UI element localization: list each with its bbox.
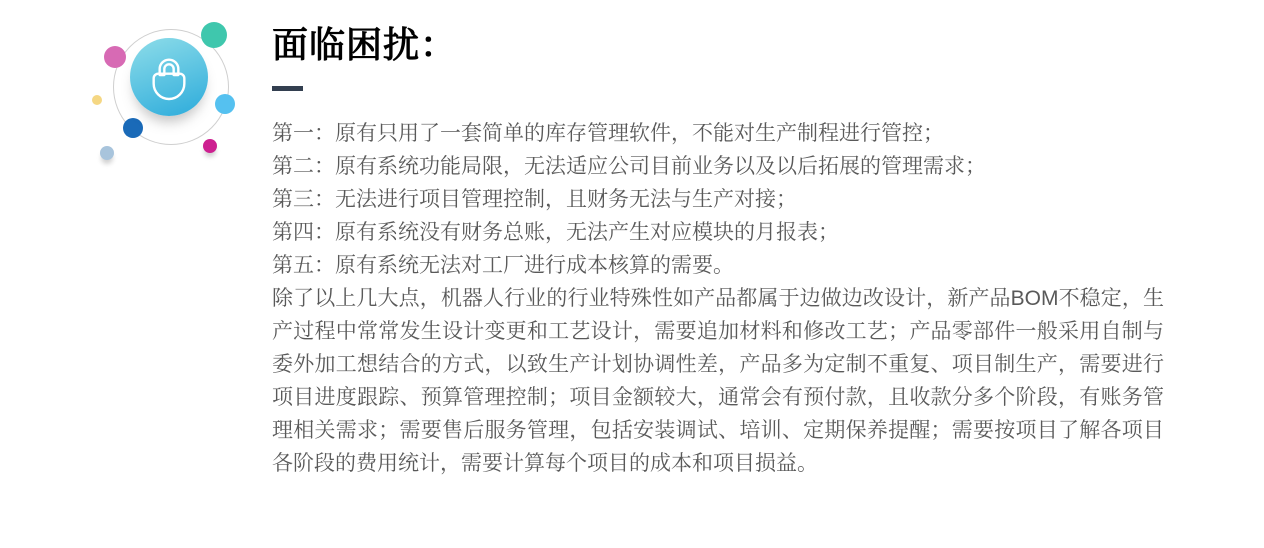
dot-magenta-icon <box>203 139 217 153</box>
title-accent-dash <box>272 86 303 91</box>
dot-pink-icon <box>104 46 126 68</box>
issue-line-5: 第五：原有系统无法对工厂进行成本核算的需要。 <box>272 249 1164 282</box>
text-block: 面临困扰： 第一：原有只用了一套简单的库存管理软件，不能对生产制程进行管控； 第… <box>272 24 1164 480</box>
dot-dark-blue-icon <box>123 118 143 138</box>
body-text: 第一：原有只用了一套简单的库存管理软件，不能对生产制程进行管控； 第二：原有系统… <box>272 117 1164 480</box>
summary-paragraph: 除了以上几大点，机器人行业的行业特殊性如产品都属于边做边改设计，新产品BOM不稳… <box>272 282 1164 480</box>
slide: 面临困扰： 第一：原有只用了一套简单的库存管理软件，不能对生产制程进行管控； 第… <box>0 0 1264 548</box>
dot-steel-blue-icon <box>100 146 114 160</box>
lock-circle <box>130 38 208 116</box>
dot-teal-icon <box>201 22 227 48</box>
dot-cream-icon <box>92 95 102 105</box>
issue-line-3: 第三：无法进行项目管理控制，且财务无法与生产对接； <box>272 183 1164 216</box>
page-title: 面临困扰： <box>272 24 1164 66</box>
dot-sky-blue-icon <box>215 94 235 114</box>
lock-icon <box>149 51 189 103</box>
lock-badge <box>0 0 260 180</box>
issue-line-4: 第四：原有系统没有财务总账，无法产生对应模块的月报表； <box>272 216 1164 249</box>
issue-line-1: 第一：原有只用了一套简单的库存管理软件，不能对生产制程进行管控； <box>272 117 1164 150</box>
issue-line-2: 第二：原有系统功能局限，无法适应公司目前业务以及以后拓展的管理需求； <box>272 150 1164 183</box>
